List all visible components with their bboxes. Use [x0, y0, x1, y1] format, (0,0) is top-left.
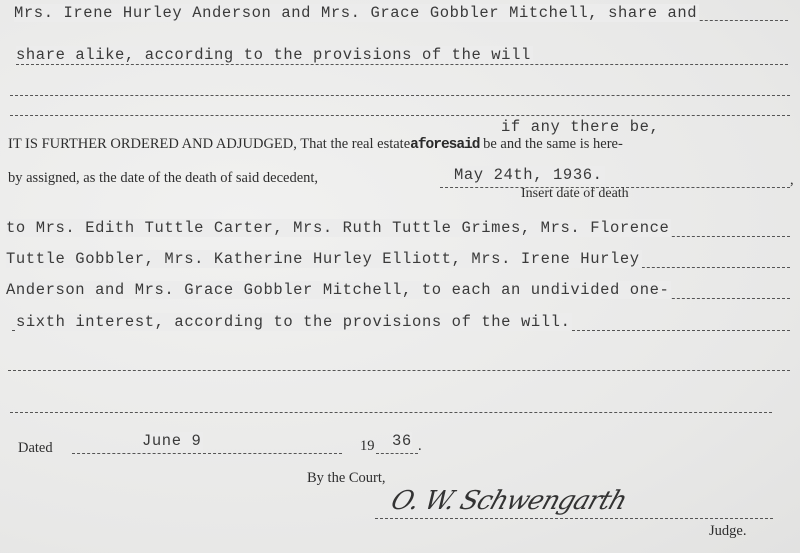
- blank-rule: [10, 412, 772, 413]
- heirs-line1: to Mrs. Edith Tuttle Carter, Mrs. Ruth T…: [6, 219, 671, 237]
- death-date-caption: Insert date of death: [521, 186, 629, 202]
- trailing-comma: ,: [790, 172, 794, 189]
- struck-word: aforesaid: [410, 137, 479, 153]
- order-lead: IT IS FURTHER ORDERED AND ADJUDGED,: [8, 136, 297, 152]
- heirs-line2: Tuttle Gobbler, Mrs. Katherine Hurley El…: [6, 250, 642, 268]
- heirs-line3: Anderson and Mrs. Grace Gobbler Mitchell…: [6, 281, 671, 299]
- blank-rule: [10, 95, 790, 96]
- dated-label: Dated: [18, 440, 53, 457]
- death-date-value: May 24th, 1936.: [452, 166, 605, 184]
- paragraph1-line1: Mrs. Irene Hurley Anderson and Mrs. Grac…: [14, 4, 699, 22]
- dated-date: June 9: [140, 432, 203, 450]
- judge-title: Judge.: [709, 523, 746, 540]
- interlineated-insertion: if any there be,: [501, 118, 659, 136]
- by-the-court-label: By the Court,: [307, 470, 386, 487]
- order-text1: That the real estate: [300, 136, 410, 152]
- order-line1: IT IS FURTHER ORDERED AND ADJUDGED, That…: [8, 136, 623, 153]
- judge-signature: O. W. Schwengarth: [387, 486, 630, 516]
- blank-rule: [8, 370, 790, 371]
- year-prefix: 19: [360, 438, 375, 455]
- year-suffix: 36: [392, 432, 412, 450]
- signature-rule: [375, 518, 773, 519]
- court-order-document: Mrs. Irene Hurley Anderson and Mrs. Grac…: [0, 0, 800, 553]
- line-rule: [16, 64, 788, 65]
- date-rule: [72, 453, 342, 454]
- year-period: .: [418, 438, 422, 455]
- heirs-line4: sixth interest, according to the provisi…: [16, 313, 572, 331]
- paragraph1-line2: share alike, according to the provisions…: [16, 46, 533, 64]
- order-line2: by assigned, as the date of the death of…: [8, 170, 318, 187]
- year-rule: [376, 453, 418, 454]
- order-text2: be and the same is here-: [483, 136, 623, 152]
- blank-rule: [10, 115, 790, 116]
